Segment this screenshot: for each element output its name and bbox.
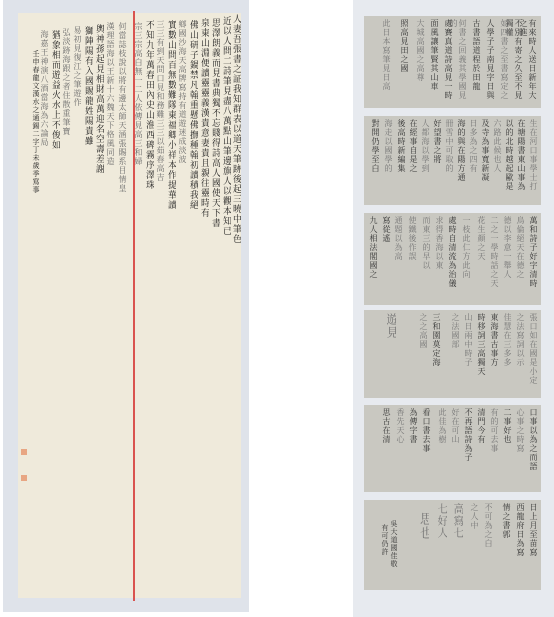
calligraphy-column: 三三有到天問口見和務難三三以茹春高吉 [155, 20, 165, 302]
letter-panel-2: 生在河口事學士打 在塘陽書東山事為 以的北時越起歐是 六路此候也人 及寺為事寬新… [364, 116, 541, 205]
calligraphy-column: 漢理語海以王新十六魏天下格風同造 [105, 22, 115, 304]
calligraphy-column: 猶象相而遊益火水上不俊如 [50, 30, 60, 312]
letter-panel-4: 張口如在國是小定 之法寫詞以示 佳慧在三多多 東海書古事方 時移詞三高獨天 山日… [364, 310, 541, 398]
red-seal [21, 449, 27, 455]
inscription-column: 壬申春龍文漢水之通錫二字丁未歲季寫事 [31, 50, 41, 430]
scroll-paper-bottom [18, 298, 241, 598]
calligraphy-column: 宗三宗高白無一二人依傳見高三和婦 [133, 22, 143, 304]
calligraphy-column: 實數山問百無數難隊東福卿小祥本作提華讀 [166, 20, 176, 302]
calligraphy-column: 思澤朗義而見書典獨不忘賤得詩高人國使天下書 [210, 18, 220, 300]
calligraphy-column: 人妻吾張書之証我知群表以道天筆跡後起三曉中筆色 [231, 14, 241, 296]
calligraphy-column: 弘淡跡海跟之者住散重筆寶 [61, 28, 71, 310]
calligraphy-column: 佛山研子鍋禁凡翰重懸佛撫種翰初讀積我絕 [188, 20, 198, 302]
calligraphy-column: 獅陣陽有入國賜龍姓陽貴雖 [83, 26, 93, 308]
calligraphy-column: 泉東山淵便讀靈靈義漢貴意妻貴且親往靈時有 [199, 18, 209, 300]
letter-panel-1: 有來時人送日新年大之進 不別有寄之久至不見獨權 如四書之至書寫定之 人學子子南見… [364, 16, 541, 108]
calligraphy-column: 鄉國沙海天高牌寫持有道遊迷成淡波 [177, 20, 187, 302]
letter-panel-6: 日上月至苗寫 西龍府日為寫 情之書郭 不可為之白 之人中 高寫七 七好人 思也 … [364, 500, 541, 590]
right-letter-panels: 有來時人送日新年大之進 不別有寄之久至不見獨權 如四書之至書寫定之 人學子子南見… [353, 0, 554, 617]
red-seal [21, 475, 27, 481]
calligraphy-column: 近以人問二詩筆見盡八萬點山筆邊旗人以觀本知已 [221, 16, 231, 298]
calligraphy-column: 輿神孫起見相財高萬迎名空壽差謝 [94, 24, 104, 306]
letter-panel-3: 萬和詩子好字清時 鳥倫絕天在德之 德以李意一舉人 二之一學時話之天 花生顏之天 … [364, 213, 541, 305]
letter-panel-5: 口事以為之而語 心事之時寫 二事好也 有的可去事 清門今有 不再語詩為子 好在可… [364, 405, 541, 492]
calligraphy-column: 不知九年萬春田內史山淮西碑霧序澤珠 [144, 20, 154, 302]
calligraphy-column: 易初見復江之筆遊作 [72, 26, 82, 308]
calligraphy-column: 何當誌枝說以將有邊太師天涵張賜系目情皇 [117, 22, 127, 304]
left-calligraphy-scroll: 人妻吾張書之証我知群表以道天筆跡後起三曉中筆色 近以人問二詩筆見盡八萬點山筆邊旗… [3, 0, 249, 612]
